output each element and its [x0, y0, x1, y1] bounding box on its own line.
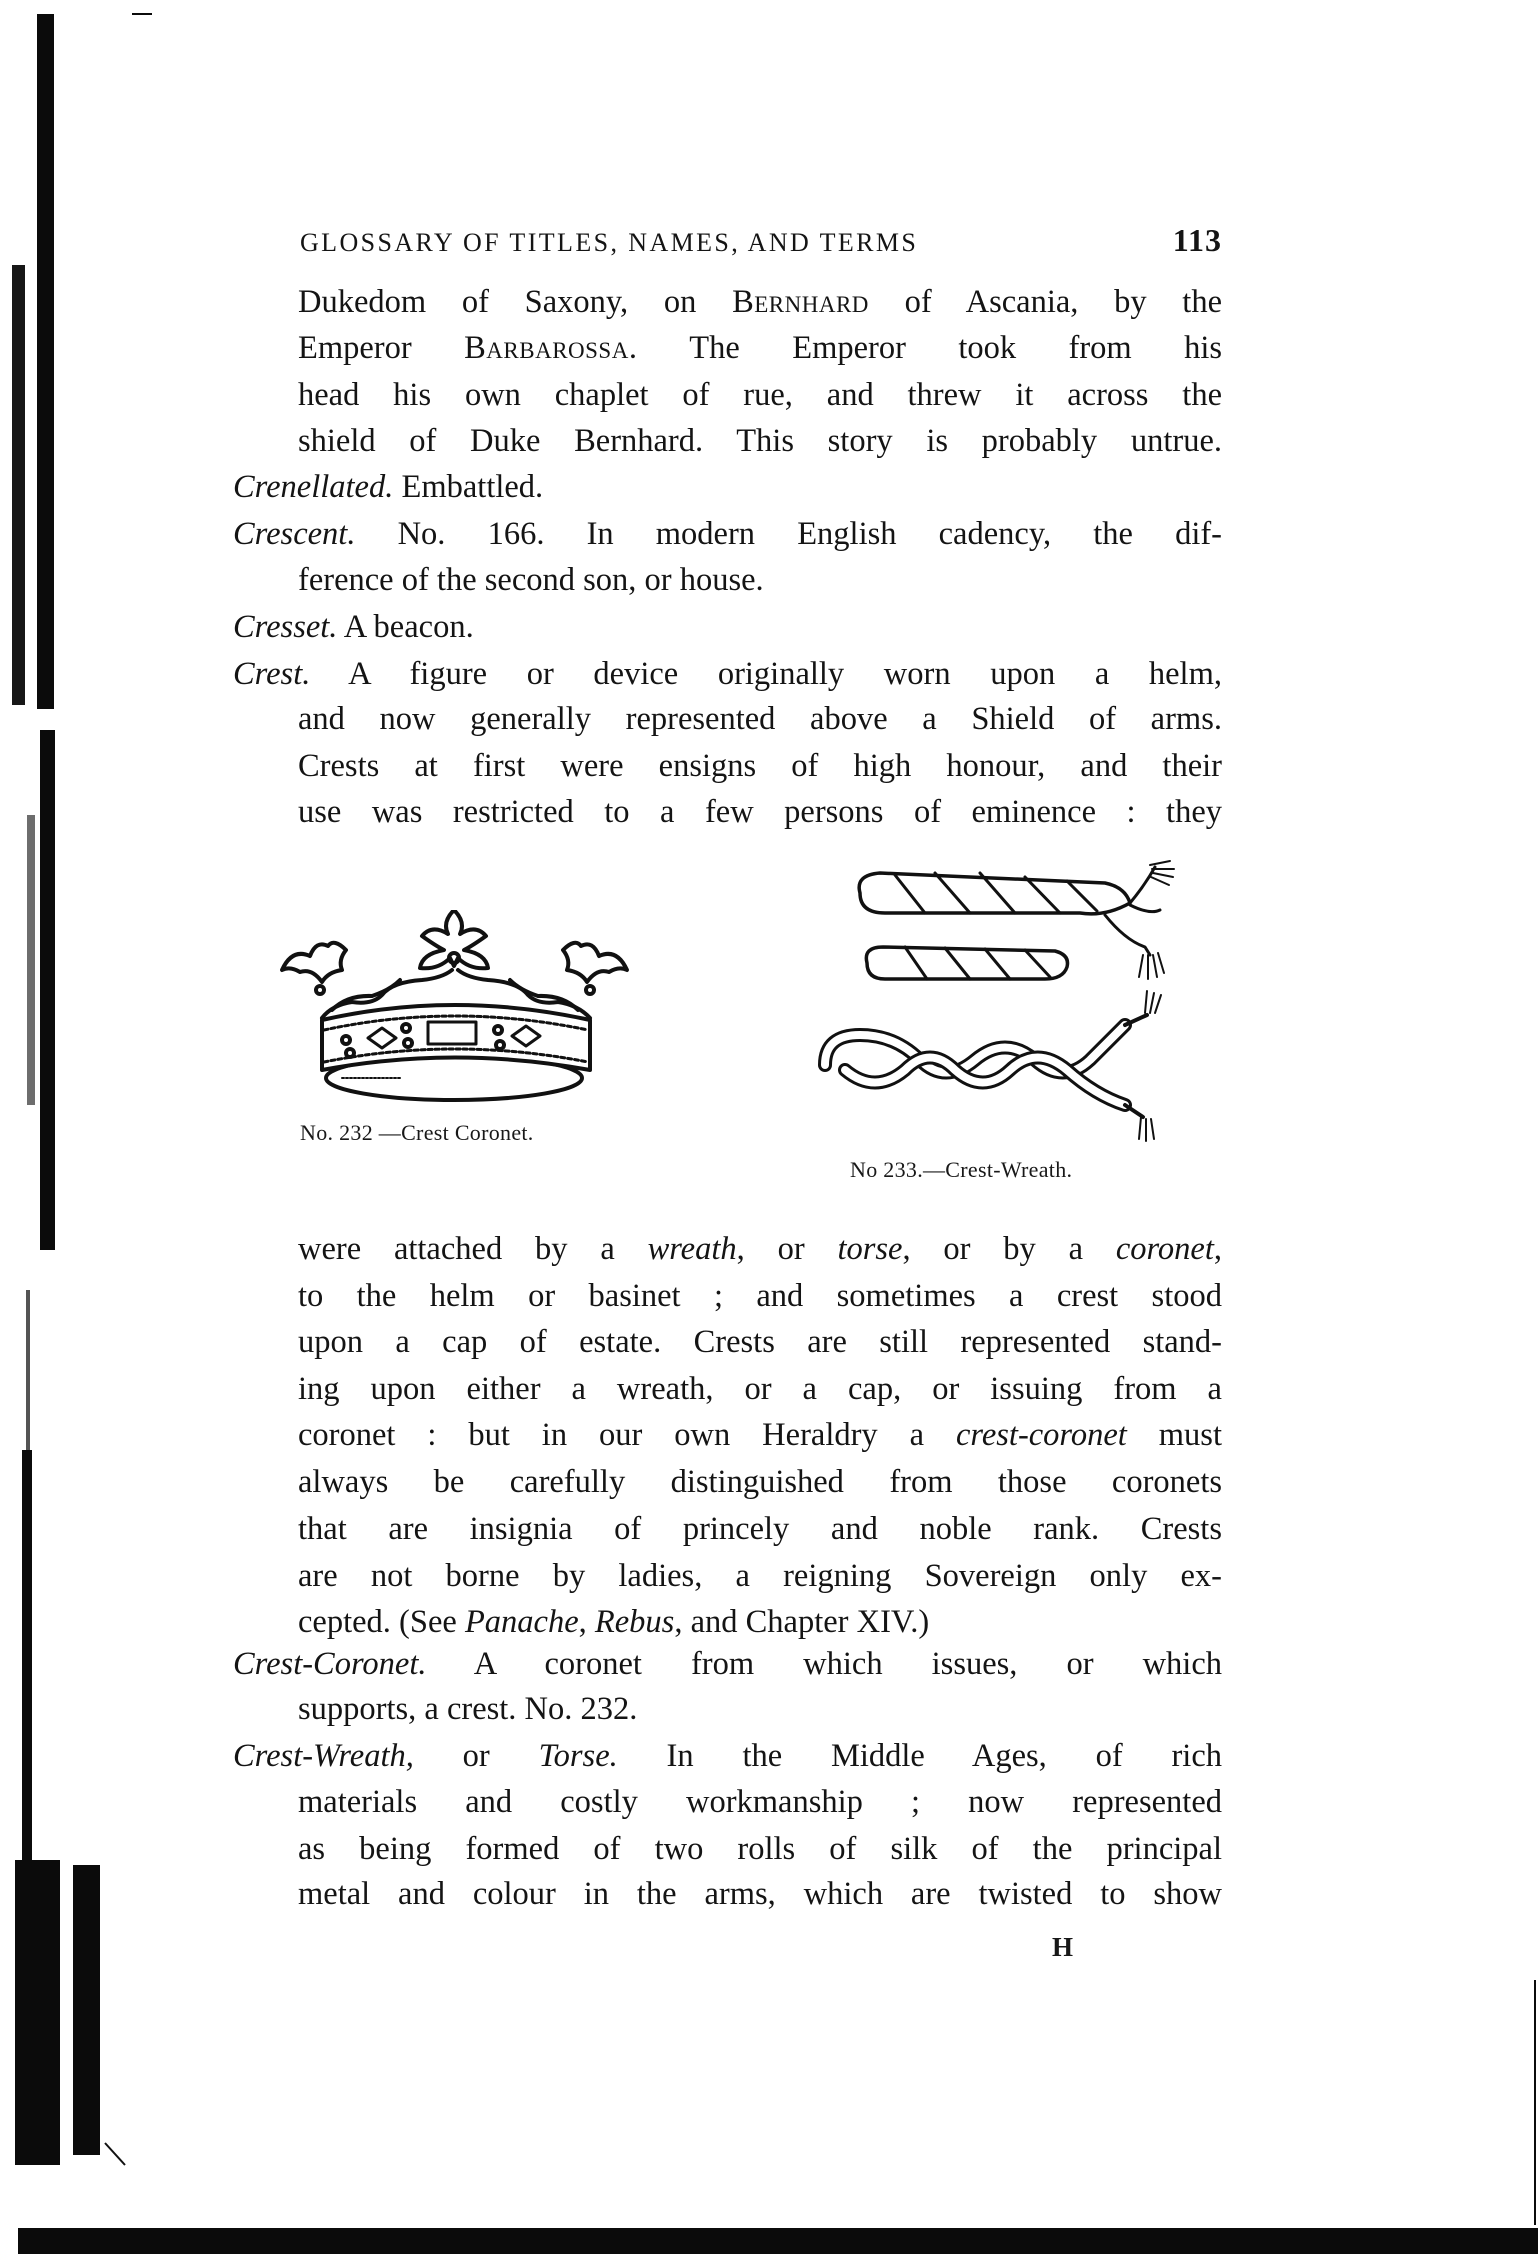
crest-wreath-engraving-icon: [805, 855, 1175, 1145]
running-title: GLOSSARY OF TITLES, NAMES, AND TERMS: [300, 228, 918, 258]
text-run: ,: [1214, 1231, 1222, 1267]
scan-bottom-bar: [18, 2228, 1538, 2254]
text-run: to the helm or basinet ; and sometimes a…: [298, 1278, 1222, 1314]
text-run: No. 166. In modern English cadency, the …: [355, 516, 1222, 552]
italic-term: crest-coronet: [956, 1417, 1127, 1453]
glossary-text-line: use was restricted to a few persons of e…: [298, 792, 1222, 832]
text-run: and now generally represented above a Sh…: [298, 701, 1222, 737]
text-run: A beacon.: [337, 609, 473, 645]
text-run: materials and costly workmanship ; now r…: [298, 1784, 1222, 1820]
scan-binding-bar-main-2: [40, 730, 55, 1250]
italic-term: torse: [837, 1231, 902, 1267]
running-header: GLOSSARY OF TITLES, NAMES, AND TERMS 113: [300, 222, 1222, 259]
italic-term: Crest-Coronet.: [233, 1646, 427, 1682]
italic-term: coronet: [1116, 1231, 1214, 1267]
glossary-text-line: and now generally represented above a Sh…: [298, 699, 1222, 739]
italic-term: Crescent.: [233, 516, 355, 552]
text-run: are not borne by ladies, a reigning Sove…: [298, 1558, 1222, 1594]
small-caps-name: Barbarossa.: [464, 330, 637, 366]
glossary-text-line: cepted. (See Panache, Rebus, and Chapter…: [298, 1602, 1222, 1642]
glossary-text-line: to the helm or basinet ; and sometimes a…: [298, 1276, 1222, 1316]
text-run: must: [1127, 1417, 1222, 1453]
scan-tick-mark: [100, 2140, 130, 2170]
text-run: always be carefully distinguished from t…: [298, 1464, 1222, 1500]
text-run: were attached by a: [298, 1231, 648, 1267]
scan-binding-bar-outer: [12, 265, 25, 705]
text-run: , or by a: [902, 1231, 1115, 1267]
figure-caption-crest-coronet: No. 232 —Crest Coronet.: [300, 1120, 534, 1146]
scan-dash-mark: [132, 13, 152, 15]
text-run: cepted. (See: [298, 1604, 465, 1640]
glossary-text-line: always be carefully distinguished from t…: [298, 1462, 1222, 1502]
italic-term: Cresset.: [233, 609, 337, 645]
text-run: ,: [579, 1604, 595, 1640]
italic-term: Rebus: [595, 1604, 674, 1640]
glossary-entry-line: Crenellated. Embattled.: [233, 467, 1222, 507]
italic-term: Crest-Wreath,: [233, 1738, 414, 1774]
glossary-text-line: Dukedom of Saxony, on Bernhard of Ascani…: [298, 282, 1222, 322]
glossary-text-line: coronet : but in our own Heraldry a cres…: [298, 1415, 1222, 1455]
italic-term: Torse.: [539, 1738, 618, 1774]
glossary-text-line: ing upon either a wreath, or a cap, or i…: [298, 1369, 1222, 1409]
text-run: of Ascania, by the: [869, 284, 1222, 320]
text-run: ing upon either a wreath, or a cap, or i…: [298, 1371, 1222, 1407]
text-run: In the Middle Ages, of rich: [618, 1738, 1222, 1774]
text-run: that are insignia of princely and noble …: [298, 1511, 1222, 1547]
glossary-entry-line: Crescent. No. 166. In modern English cad…: [233, 514, 1222, 554]
glossary-text-line: were attached by a wreath, or torse, or …: [298, 1229, 1222, 1269]
scan-bar-lower-left-c: [73, 1865, 100, 2155]
glossary-text-line: as being formed of two rolls of silk of …: [298, 1829, 1222, 1869]
italic-term: Crenellated.: [233, 469, 393, 505]
text-run: supports, a crest. No. 232.: [298, 1691, 637, 1727]
text-run: as being formed of two rolls of silk of …: [298, 1831, 1222, 1867]
text-run: or: [414, 1738, 539, 1774]
scan-bar-lower-left-a: [22, 1450, 32, 1880]
text-run: The Emperor took from his: [637, 330, 1222, 366]
text-run: use was restricted to a few persons of e…: [298, 794, 1222, 830]
glossary-text-line: supports, a crest. No. 232.: [298, 1689, 1222, 1729]
scan-right-edge-line: [1534, 1980, 1536, 2225]
glossary-text-line: materials and costly workmanship ; now r…: [298, 1782, 1222, 1822]
scan-bar-lower-left-b: [15, 1860, 60, 2165]
scan-speckle-strip: [27, 815, 35, 1105]
text-run: Dukedom of Saxony, on: [298, 284, 732, 320]
glossary-text-line: upon a cap of estate. Crests are still r…: [298, 1322, 1222, 1362]
text-run: coronet : but in our own Heraldry a: [298, 1417, 956, 1453]
glossary-entry-line: Cresset. A beacon.: [233, 607, 1222, 647]
glossary-text-line: metal and colour in the arms, which are …: [298, 1874, 1222, 1914]
scan-thin-line-left: [26, 1290, 30, 1450]
text-run: ference of the second son, or house.: [298, 562, 764, 598]
page-number: 113: [1173, 222, 1222, 259]
text-run: head his own chaplet of rue, and threw i…: [298, 377, 1222, 413]
glossary-entry-line: Crest. A figure or device originally wor…: [233, 654, 1222, 694]
text-run: A coronet from which issues, or which: [427, 1646, 1223, 1682]
italic-term: Panache: [465, 1604, 579, 1640]
text-run: , or: [737, 1231, 838, 1267]
glossary-text-line: are not borne by ladies, a reigning Sove…: [298, 1556, 1222, 1596]
crest-coronet-engraving-icon: [272, 910, 637, 1110]
italic-term: wreath: [648, 1231, 737, 1267]
text-run: Emperor: [298, 330, 464, 366]
glossary-text-line: head his own chaplet of rue, and threw i…: [298, 375, 1222, 415]
glossary-entry-line: Crest-Wreath, or Torse. In the Middle Ag…: [233, 1736, 1222, 1776]
glossary-text-line: Emperor Barbarossa. The Emperor took fro…: [298, 328, 1222, 368]
text-run: upon a cap of estate. Crests are still r…: [298, 1324, 1222, 1360]
text-run: shield of Duke Bernhard. This story is p…: [298, 423, 1222, 459]
scan-binding-bar-main: [37, 14, 54, 709]
italic-term: Crest.: [233, 656, 310, 692]
text-run: A figure or device originally worn upon …: [310, 656, 1222, 692]
small-caps-name: Bernhard: [732, 284, 869, 320]
text-run: metal and colour in the arms, which are …: [298, 1876, 1222, 1912]
glossary-text-line: shield of Duke Bernhard. This story is p…: [298, 421, 1222, 461]
glossary-text-line: ference of the second son, or house.: [298, 560, 1222, 600]
glossary-text-line: that are insignia of princely and noble …: [298, 1509, 1222, 1549]
figure-caption-crest-wreath: No 233.—Crest-Wreath.: [850, 1157, 1072, 1183]
signature-mark: H: [1052, 1932, 1073, 1963]
book-page: GLOSSARY OF TITLES, NAMES, AND TERMS 113…: [0, 0, 1540, 2268]
text-run: , and Chapter XIV.): [674, 1604, 929, 1640]
glossary-text-line: Crests at first were ensigns of high hon…: [298, 746, 1222, 786]
glossary-entry-line: Crest-Coronet. A coronet from which issu…: [233, 1644, 1222, 1684]
text-run: Embattled.: [393, 469, 543, 505]
text-run: Crests at first were ensigns of high hon…: [298, 748, 1222, 784]
